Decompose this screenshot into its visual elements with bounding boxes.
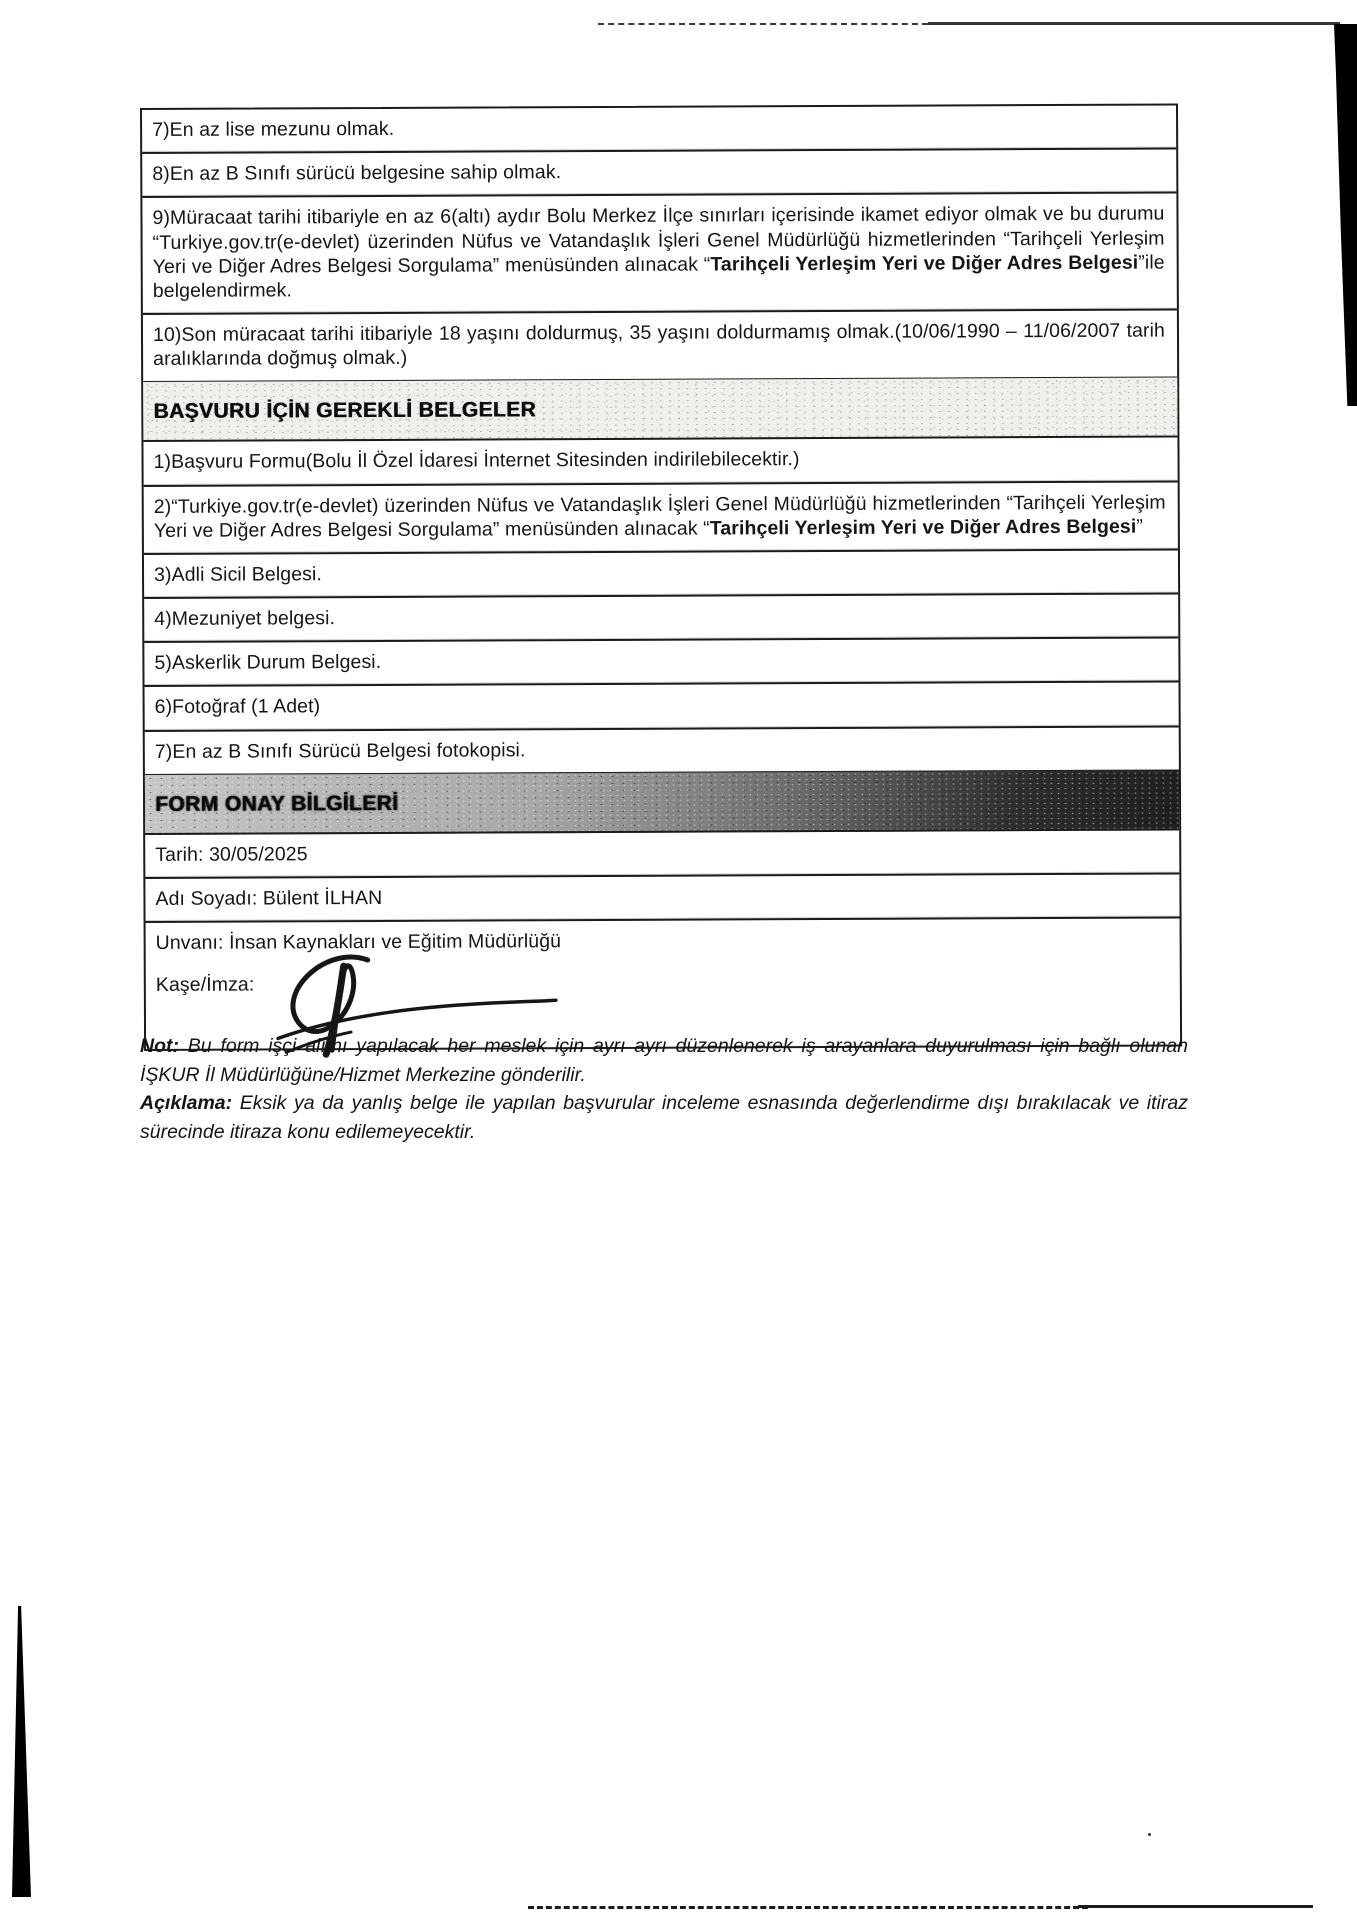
row-text: 6)Fotoğraf (1 Adet) <box>155 696 321 719</box>
row-text: 10)Son müracaat tarihi itibariyle 18 yaş… <box>153 320 1165 371</box>
scan-artifact-left-black-wedge <box>12 1606 31 1897</box>
approval-rows: Tarih: 30/05/2025Adı Soyadı: Bülent İLHA… <box>145 830 1180 965</box>
required-document-row: 1)Başvuru Formu(Bolu İl Özel İdaresi İnt… <box>143 438 1177 487</box>
row-text: Tarihçeli Yerleşim Yeri ve Diğer Adres B… <box>710 515 1137 539</box>
row-text: 3)Adli Sicil Belgesi. <box>154 563 322 586</box>
requirement-row: 8)En az B Sınıfı sürücü belgesine sahip … <box>142 150 1176 199</box>
scan-artifact-bottom-dashed-line <box>528 1906 1088 1909</box>
scan-artifact-top-solid-line <box>928 22 1340 25</box>
row-text: 8)En az B Sınıfı sürücü belgesine sahip … <box>152 161 561 185</box>
approval-row: Adı Soyadı: Bülent İLHAN <box>145 874 1179 923</box>
required-document-row: 3)Adli Sicil Belgesi. <box>144 550 1178 599</box>
footer-notes: Not: Bu form işçi alımı yapılacak her me… <box>140 1032 1188 1147</box>
row-text: 7)En az B Sınıfı Sürücü Belgesi fotokopi… <box>155 739 526 763</box>
form-approval-header: FORM ONAY BİLGİLERİ <box>145 769 1179 835</box>
note-label: Açıklama: <box>140 1092 240 1114</box>
scanned-document-page: { "document": { "requirements_rows": [ {… <box>0 0 1357 1920</box>
note-paragraph: Açıklama: Eksik ya da yanlış belge ile y… <box>140 1089 1188 1146</box>
row-text: 7)En az lise mezunu olmak. <box>152 118 394 141</box>
row-text: 4)Mezuniyet belgesi. <box>154 607 335 630</box>
required-document-row: 4)Mezuniyet belgesi. <box>144 595 1178 644</box>
required-document-row: 7)En az B Sınıfı Sürücü Belgesi fotokopi… <box>145 727 1179 774</box>
requirement-row: 9)Müracaat tarihi itibariyle en az 6(alt… <box>142 194 1176 315</box>
scan-artifact-right-black-bar <box>1334 24 1357 406</box>
required-documents-header: BAŞVURU İÇİN GEREKLİ BELGELER <box>143 377 1177 443</box>
required-document-row: 6)Fotoğraf (1 Adet) <box>145 683 1179 732</box>
requirements-rows: 7)En az lise mezunu olmak.8)En az B Sını… <box>142 105 1177 381</box>
scan-artifact-dot <box>1148 1833 1151 1836</box>
stamp-signature-label: Kaşe/İmza: <box>156 974 255 996</box>
required-document-row: 2)“Turkiye.gov.tr(e-devlet) üzerinden Nü… <box>144 482 1178 555</box>
approval-row: Tarih: 30/05/2025 <box>145 830 1179 879</box>
scan-artifact-bottom-solid-line <box>1078 1905 1313 1908</box>
requirement-row: 10)Son müracaat tarihi itibariyle 18 yaş… <box>143 311 1177 382</box>
row-text: Tarihçeli Yerleşim Yeri ve Diğer Adres B… <box>710 251 1138 275</box>
row-text: 1)Başvuru Formu(Bolu İl Özel İdaresi İnt… <box>153 449 799 474</box>
scan-artifact-top-dashed-line <box>598 23 928 25</box>
note-label: Not: <box>140 1035 188 1057</box>
required-document-row: 5)Askerlik Durum Belgesi. <box>144 639 1178 688</box>
row-text: 5)Askerlik Durum Belgesi. <box>154 651 381 674</box>
requirement-row: 7)En az lise mezunu olmak. <box>142 105 1176 154</box>
note-paragraph: Not: Bu form işçi alımı yapılacak her me… <box>140 1032 1188 1089</box>
row-text: ” <box>1136 515 1143 537</box>
application-form-table: 7)En az lise mezunu olmak.8)En az B Sını… <box>140 103 1182 1051</box>
required-documents-rows: 1)Başvuru Formu(Bolu İl Özel İdaresi İnt… <box>143 438 1178 774</box>
